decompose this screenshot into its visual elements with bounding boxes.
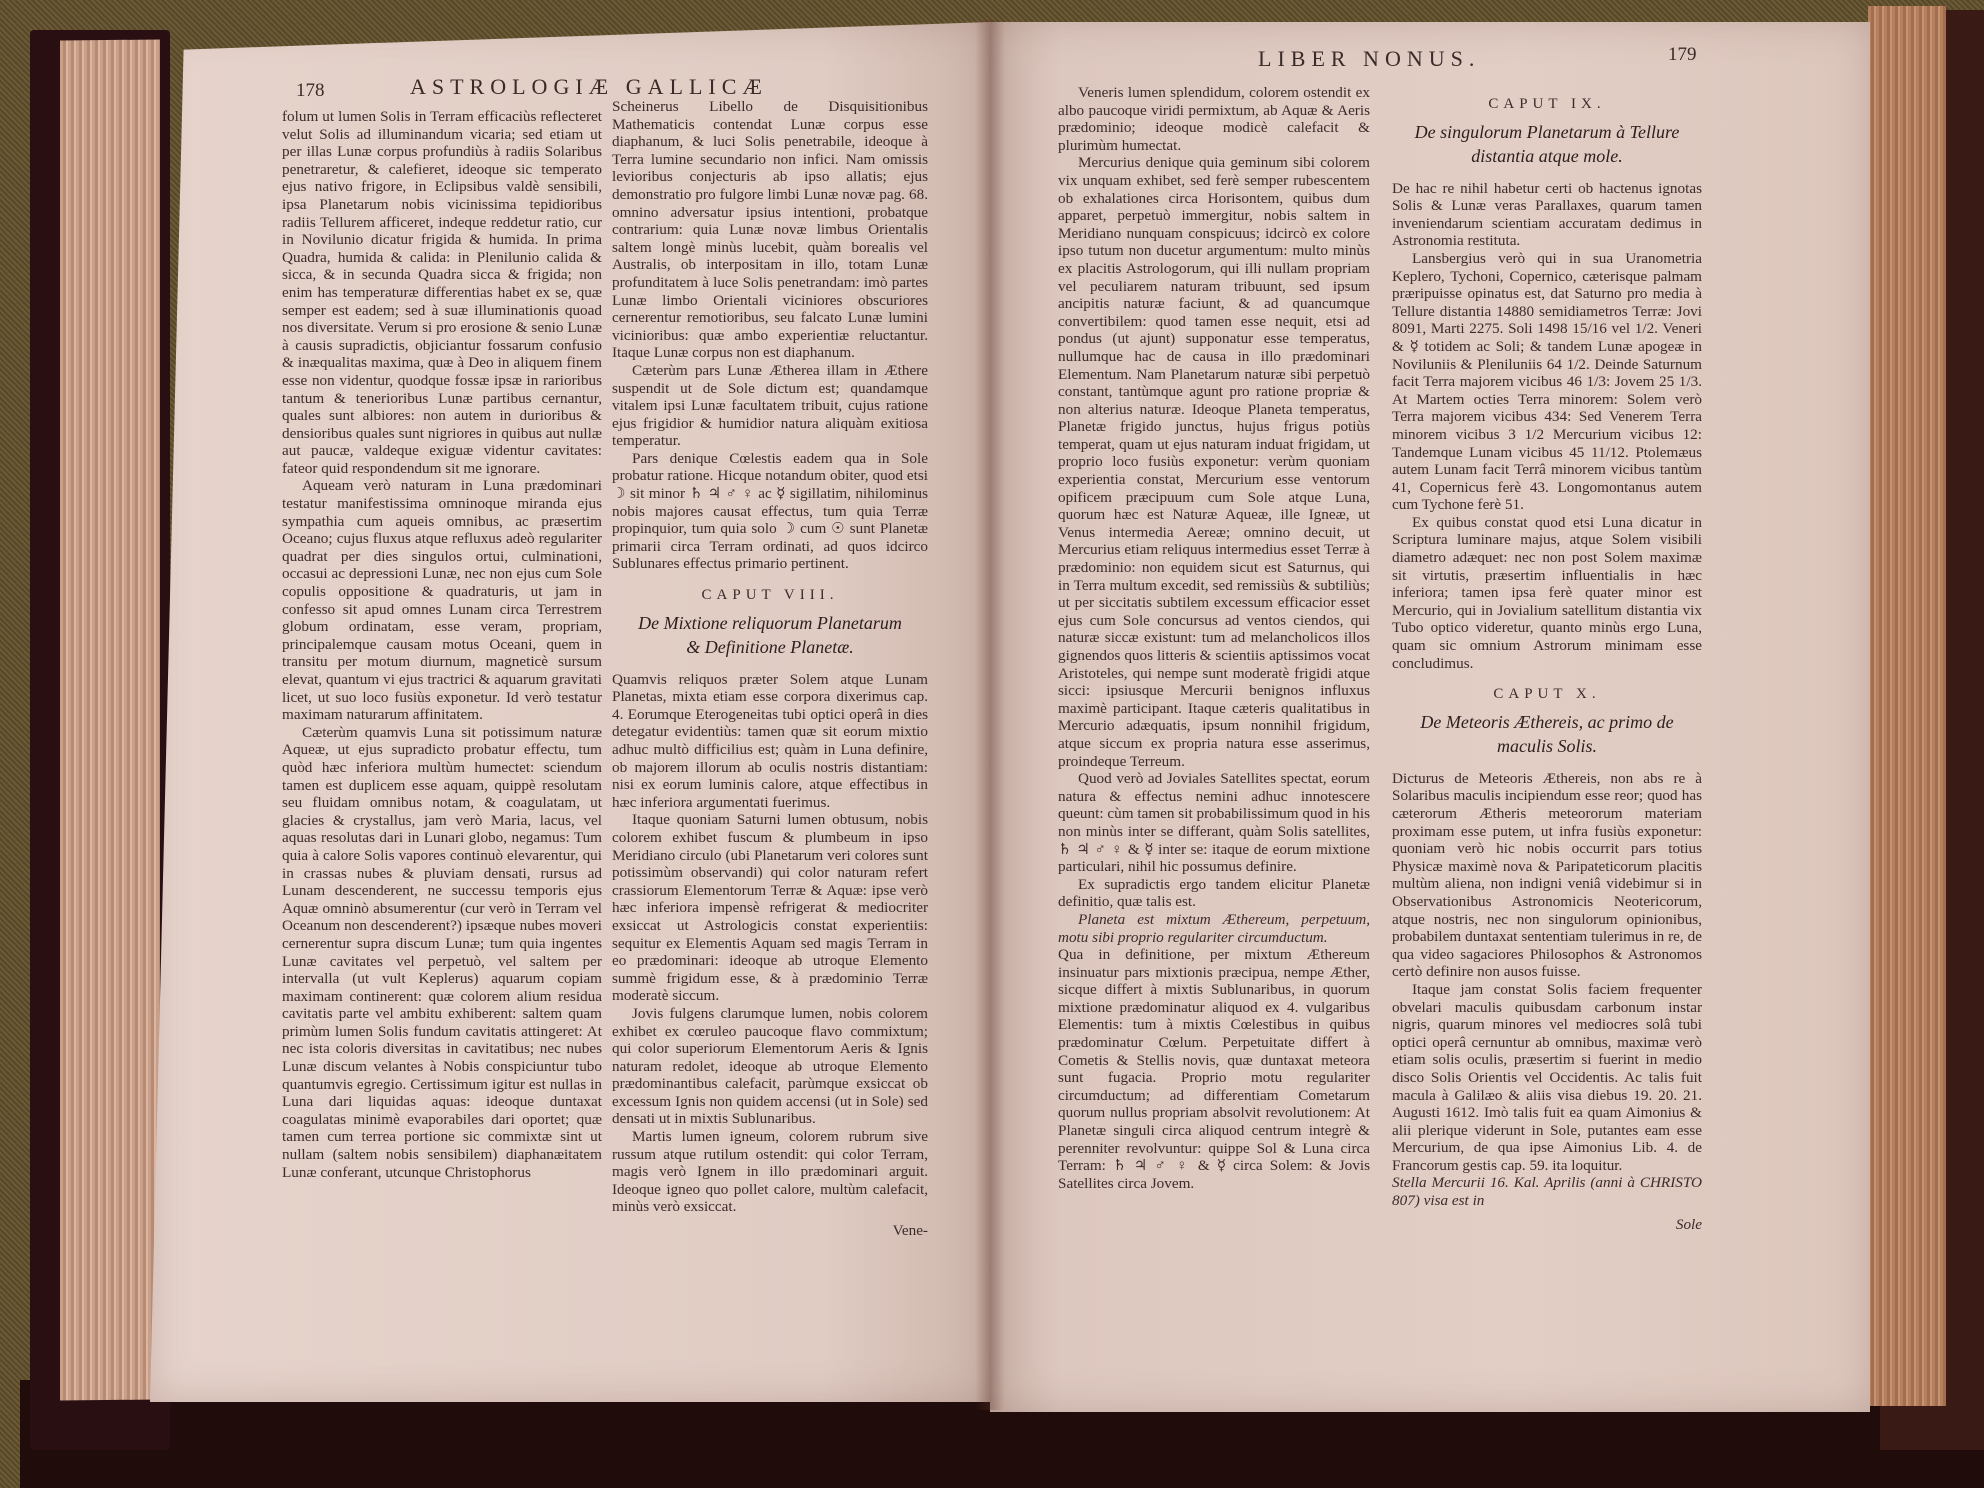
catchword-left: Vene- [612, 1222, 928, 1240]
running-head-left: ASTROLOGIÆ GALLICÆ [410, 74, 768, 100]
page-edges-right [1868, 6, 1946, 1406]
chapter-heading-viii: CAPUT VIII. [612, 587, 928, 605]
page-edges-left [60, 39, 160, 1400]
paragraph: Martis lumen igneum, colorem rubrum sive… [612, 1128, 928, 1216]
paragraph: Quod verò ad Joviales Satellites spectat… [1058, 770, 1370, 876]
right-page-column-1: Veneris lumen splendidum, colorem ostend… [1058, 84, 1370, 1192]
paragraph: Cæterùm pars Lunæ Ætherea illam in Æther… [612, 362, 928, 450]
chapter-title-viii: De Mixtione reliquorum Planetarum & Defi… [612, 611, 928, 659]
paragraph: Dicturus de Meteoris Æthereis, non abs r… [1392, 770, 1702, 981]
paragraph: Mercurius denique quia geminum sibi colo… [1058, 154, 1370, 770]
chapter-title-line: distantia atque mole. [1392, 144, 1702, 168]
chapter-title-x: De Meteoris Æthereis, ac primo de maculi… [1392, 710, 1702, 758]
paragraph: Scheinerus Libello de Disquisitionibus M… [612, 98, 928, 362]
paragraph: Itaque jam constat Solis faciem frequent… [1392, 981, 1702, 1175]
paragraph: Veneris lumen splendidum, colorem ostend… [1058, 84, 1370, 154]
paragraph: Quamvis reliquos præter Solem atque Luna… [612, 671, 928, 812]
paragraph: Pars denique Cœlestis eadem qua in Sole … [612, 450, 928, 573]
paragraph: Ex supradictis ergo tandem elicitur Plan… [1058, 876, 1370, 911]
book-gutter [975, 20, 1005, 1410]
left-page-column-1: folum ut lumen Solis in Terram efficaciù… [282, 108, 602, 1181]
chapter-title-line: & Definitione Planetæ. [612, 635, 928, 659]
planet-definition: Planeta est mixtum Æthereum, perpetuum, … [1058, 911, 1370, 946]
page-number-right: 179 [1668, 44, 1697, 66]
chapter-heading-ix: CAPUT IX. [1392, 96, 1702, 114]
chapter-title-line: De Meteoris Æthereis, ac primo de [1392, 710, 1702, 734]
paragraph: Aqueam verò naturam in Luna prædominari … [282, 477, 602, 723]
catchword-right: Sole [1392, 1216, 1702, 1234]
paragraph: Ex quibus constat quod etsi Luna dicatur… [1392, 514, 1702, 672]
paragraph: Cæterùm quamvis Luna sit potissimum natu… [282, 724, 602, 1181]
paragraph: folum ut lumen Solis in Terram efficaciù… [282, 108, 602, 477]
paragraph: Lansbergius verò qui in sua Uranometria … [1392, 250, 1702, 514]
chapter-title-line: De singulorum Planetarum à Tellure [1392, 120, 1702, 144]
running-head-right: LIBER NONUS. [1258, 46, 1480, 72]
paragraph: Jovis fulgens clarumque lumen, nobis col… [612, 1005, 928, 1128]
chapter-title-ix: De singulorum Planetarum à Tellure dista… [1392, 120, 1702, 168]
chapter-title-line: De Mixtione reliquorum Planetarum [612, 611, 928, 635]
page-number-left: 178 [296, 80, 325, 102]
paragraph: De hac re nihil habetur certi ob hactenu… [1392, 180, 1702, 250]
left-page-column-2: Scheinerus Libello de Disquisitionibus M… [612, 98, 928, 1240]
italic-quotation: Stella Mercurii 16. Kal. Aprilis (anni à… [1392, 1174, 1702, 1209]
paragraph: Qua in definitione, per mixtum Æthereum … [1058, 946, 1370, 1192]
paragraph: Itaque quoniam Saturni lumen obtusum, no… [612, 811, 928, 1005]
chapter-heading-x: CAPUT X. [1392, 686, 1702, 704]
right-page-column-2: CAPUT IX. De singulorum Planetarum à Tel… [1392, 96, 1702, 1233]
chapter-title-line: maculis Solis. [1392, 734, 1702, 758]
